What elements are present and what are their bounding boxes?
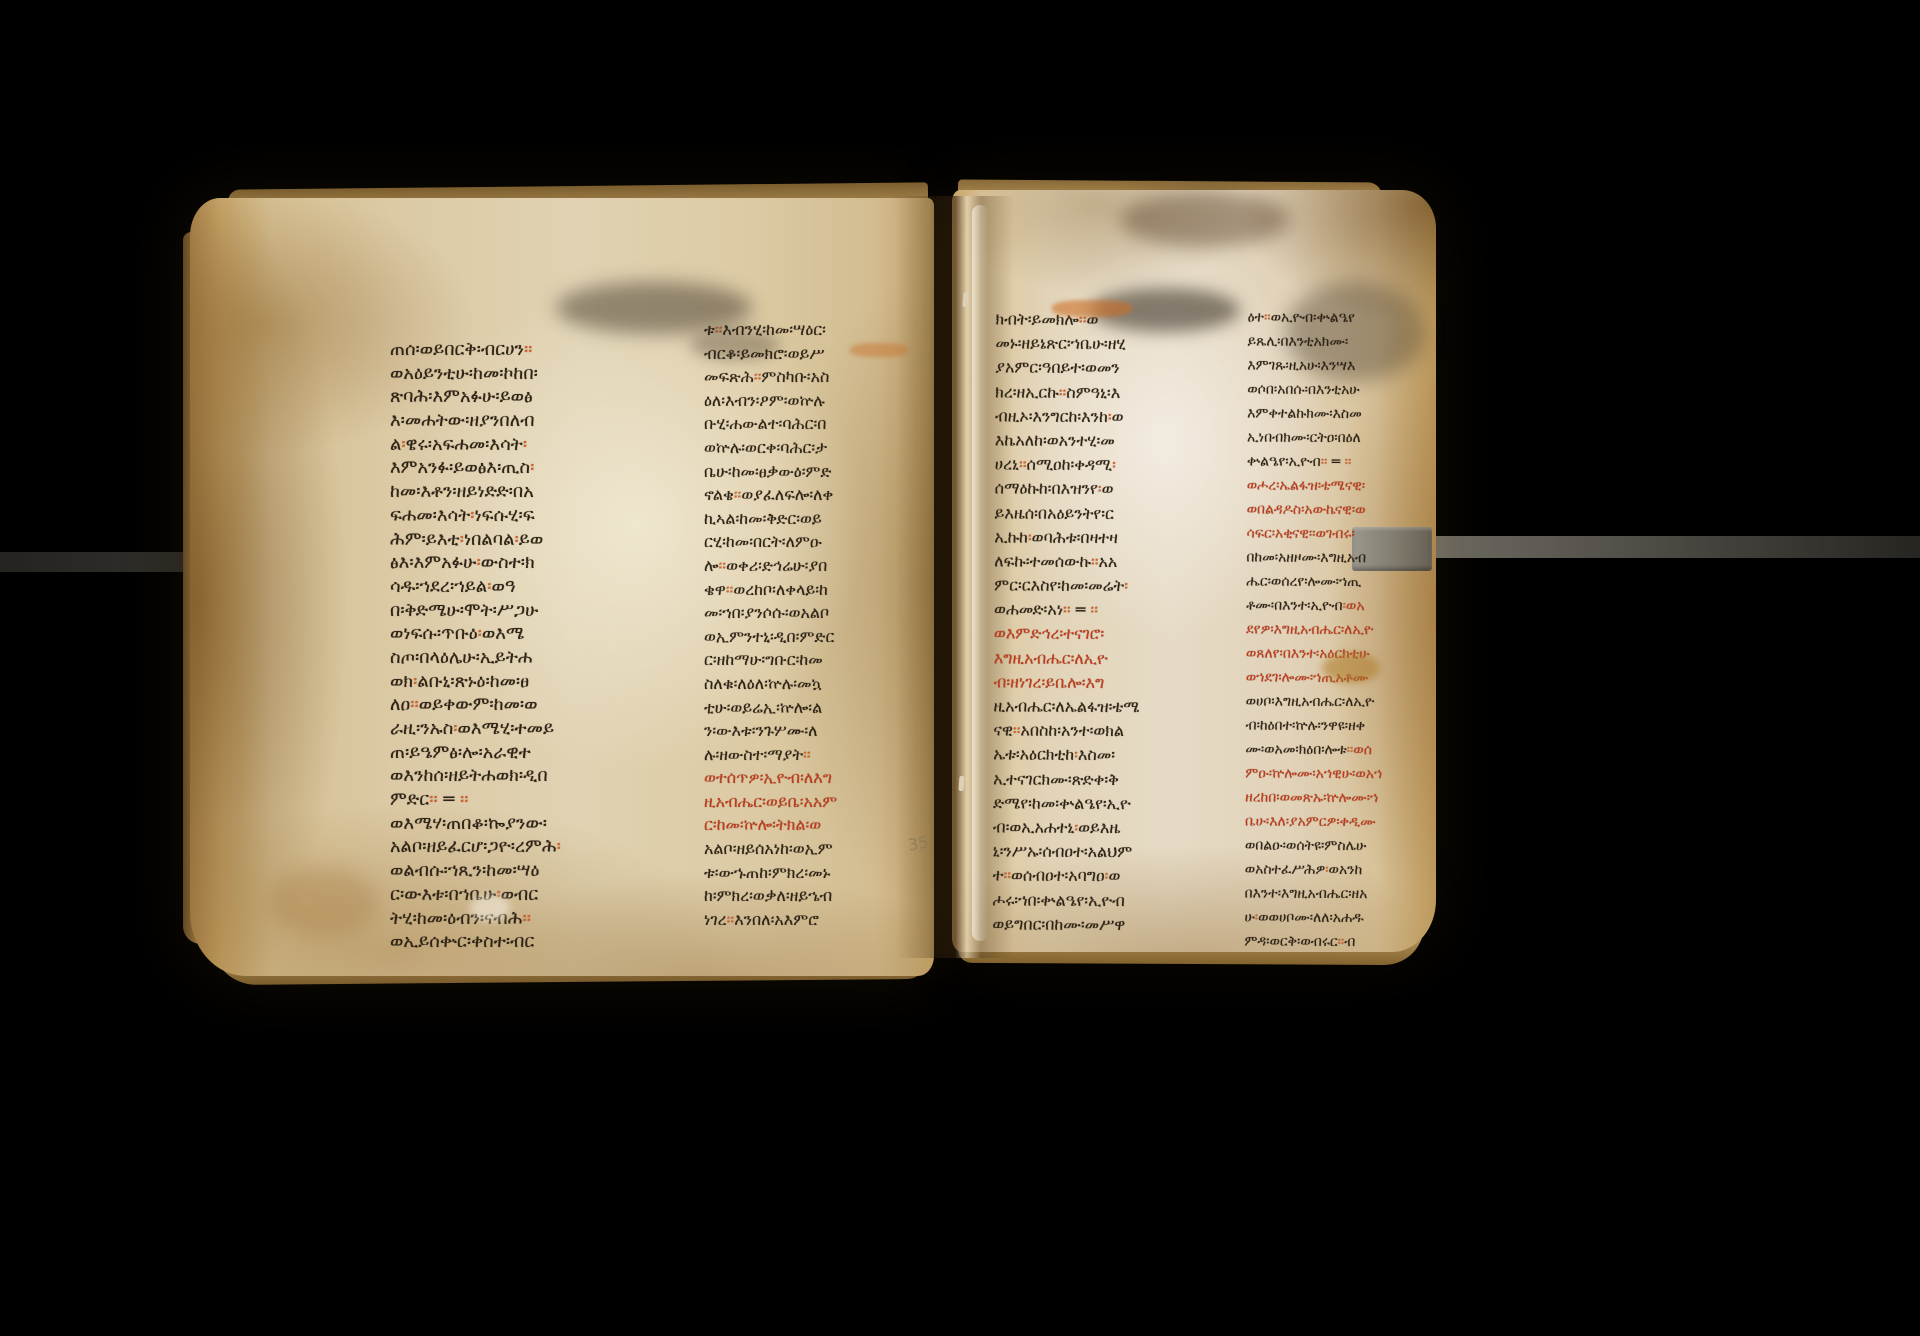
manuscript-line: ናዊ፡፡አበስከ፡አንተ፡ወክል (993, 719, 1219, 744)
manuscript-line: ኒ፡ንሥኡ፡ሰብዐተ፡አልህም (993, 840, 1219, 865)
ink-text-run: ወሀቦ፡እግዚአብሔር፡ለኢዮ (1246, 693, 1375, 710)
ink-text-run: ሰማዕኩከ፡በእዝንየ (995, 479, 1098, 499)
ink-text-run: እምገጹ፡ዚአሁ፡እንሣእ (1247, 358, 1355, 375)
manuscript-line: ሙ፡ወአመ፡ክዕበ፡ሎቱ፡፡ወሰ (1245, 737, 1437, 762)
ink-text-run: ወነፍሱ፡ጥቡዕ (390, 623, 478, 644)
manuscript-line: ተ፡፡ወሰብዐተ፡አባግዐ፡ወ (993, 864, 1219, 889)
ink-text-run: ርሂ፡ከመ፡በርት፡ለምዑ (704, 532, 822, 551)
ink-text-run: ወልብሱ፡ኀጺን፡ከመ፡ሣዕ (390, 860, 539, 881)
ink-text-run: ሕም፡ይእቲ (390, 529, 460, 550)
rubric-text-run: ወአ (1346, 598, 1365, 614)
manuscript-line: ሳዱ፡ኀደረ፡ኀይል፡ወዓ (390, 575, 666, 599)
ink-text-run: ለዐ (390, 694, 410, 715)
ink-text-run: ፍሐመ፡እሳት (390, 505, 470, 526)
rubric-text-run: ፡፡ (429, 789, 438, 810)
ink-text-run: እምቀተልኩክሙ፡እስመ (1247, 406, 1362, 423)
ink-text-run: ወይቀውም፡ከመ፡ወ (419, 694, 538, 715)
ink-text-run: አልቦ፡ዘይፈርሆ፡ጋዮ፡ረምሕ (390, 836, 557, 857)
ink-text-run: ወሶበ፡አበሱ፡በእንቲአሁ (1247, 382, 1359, 399)
rubric-text-run: ፡፡ (1079, 310, 1087, 329)
ink-text-run: ከ፡ምክረ፡ወቃለ፡ዘይኄብ (704, 886, 832, 905)
ink-text-run: ሰሚዐከ፡ቀዳሚ (1027, 455, 1113, 474)
rubric-text-run: ወእምድኅረ፡ተናገሮ፡ (994, 624, 1104, 644)
ink-text-run: ሉ፡ዘውስተ፡ማያት (704, 745, 803, 764)
ink-text-run: ል (390, 434, 401, 455)
ink-text-run: ወ (1086, 310, 1098, 329)
manuscript-line: ሖሩ፡ኀበ፡ቍልዔየ፡ኢዮብ (992, 888, 1218, 913)
ink-text-run: ምድር (390, 789, 429, 810)
manuscript-line: ወበልዑ፡ወሰትዩ፡ምስሌሁ (1245, 833, 1437, 858)
manuscript-line: ወሖረ፡ኤልፋዝ፡ቴሜናዊ፡ (1247, 473, 1439, 498)
manuscript-line: ለዐ፡፡ወይቀውም፡ከመ፡ወ (390, 693, 666, 717)
manuscript-line: ወተሰጥዎ፡ኢዮብ፡ለእግ (704, 766, 926, 790)
manuscript-line: ፍሐመ፡እሳት፡ነፍሱሂ፡ፍ (390, 504, 666, 528)
ink-text-run: ትሂ፡ከመ፡ዕብን፡ናብሕ (390, 908, 522, 929)
rubric-text-run: ወኀደገ፡ሎሙ፡ኀጢአቶሙ (1246, 669, 1369, 686)
manuscript-line: ወጸለየ፡በእንተ፡አዕርክቲሁ (1246, 641, 1438, 666)
fold-highlight (972, 205, 988, 941)
ink-text-run: ወረከቦ፡ለቀላይ፡ከ (733, 580, 828, 599)
manuscript-line: ዚአብሔር፡ወይቤ፡አአም (704, 790, 926, 814)
rubric-text-run: ፡ (523, 434, 527, 455)
ink-text-run: ዚአብሔር፡ለኤልፋዝ፡ቴሜ (994, 696, 1140, 716)
manuscript-line: ዕለ፡እብን፡ዖም፡ወኵሉ (704, 389, 926, 413)
ink-text-run: ወእንከሰ፡ዘይትሐወክ፡ዲበ (390, 765, 548, 786)
ink-text-run: ሀረኒ (995, 455, 1019, 474)
manuscript-line: በእንተ፡እግዚአብሔር፡ዘአ (1245, 881, 1437, 906)
ink-text-run: ይጼሊ፡በእንቲአክሙ፡ (1247, 334, 1348, 351)
ink-text-run: ጠሰ፡ወይበርቅ፡ብርሀን (390, 339, 524, 360)
ink-text-run: ስምዓኒ፡እ (1066, 382, 1120, 401)
ink-text-run: ቤሁ፡ከመ፡ፀቃውዕ፡ምድ (704, 462, 832, 481)
manuscript-line: ሳፍር፡አቂናዊ፡፡ወገብሩ፡ (1246, 521, 1438, 546)
manuscript-line: ይእዜሰ፡በአዕይንትየ፡ር (995, 501, 1221, 526)
rubric-text-run: ፡ (1124, 576, 1128, 595)
ink-text-run: ሙ፡ወአመ፡ክዕበ፡ሎቱ (1245, 741, 1346, 758)
ink-text-run: ወቀሪ፡ድኅሬሁ፡ያበ (726, 556, 827, 575)
manuscript-line: ቡሂ፡ሐውልተ፡ባሕር፡በ (704, 412, 926, 436)
manuscript-line: ወእምድኅረ፡ተናገሮ፡ (994, 622, 1220, 647)
manuscript-line: ክረ፡ዘኢርኩ፡፡ስምዓኒ፡እ (995, 380, 1221, 405)
ink-text-run: በከመ፡አዘዞሙ፡እግዚአብ (1246, 549, 1366, 566)
folio-number: 35 (907, 832, 930, 854)
ink-text-run: ኒ፡ንሥኡ፡ሰብዐተ፡አልህም (993, 842, 1133, 862)
ink-text-run: ምር፡ርእስየ፡ከመ፡መሬት (994, 575, 1124, 595)
manuscript-line: መኑ፡ዘይኔጽር፡ኀቤሁ፡ዘሂ (995, 332, 1221, 357)
ink-text-run: ዕለ፡እብን፡ዖም፡ወኵሉ (704, 391, 825, 410)
manuscript-line: ቍልዔየ፡ኢዮብ፡፡ ═ ፡፡ (1247, 449, 1439, 474)
manuscript-line: ወኢምንተኒ፡ዲበ፡ምድር (704, 625, 926, 649)
manuscript-line: ብዚኦ፡እንግርከ፡እንከ፡ወ (995, 404, 1221, 429)
ink-text-run: መፍጽሕ (704, 367, 754, 386)
ink-text-run: መኑ፡ዘይኔጽር፡ኀቤሁ፡ዘሂ (995, 334, 1125, 354)
manuscript-line: ቲሁ፡ወይሬኢ፡ኵሎ፡ል (704, 696, 926, 720)
manuscript-line: ል፡ዌሩ፡አፍሐመ፡እሳት፡ (390, 433, 666, 457)
ink-text-run: ያአምር፡ዓበይተ፡ወመን (995, 358, 1119, 378)
ink-text-run: ብዚኦ፡እንግርከ፡እንከ (995, 406, 1108, 426)
ink-text-run: በእንተ፡እግዚአብሔር፡ዘአ (1245, 885, 1368, 902)
ink-text-run: ስጦ፡በላዕሌሁ፡ኢይትሐ (390, 647, 532, 668)
ink-text-run: ነፍሱሂ፡ፍ (475, 505, 535, 526)
ink-text-run: ኤቱ፡አዕርክቲከ (993, 745, 1074, 764)
ink-text-run: ናዊ (993, 721, 1013, 740)
manuscript-line: ር፡ከመ፡ኵሎ፡ትክል፡ወ (704, 813, 926, 837)
manuscript-line: እምገጹ፡ዚአሁ፡እንሣእ (1247, 354, 1439, 379)
manuscript-line: ሔር፡ወሰረየ፡ሎሙ፡ኀጢ (1246, 569, 1438, 594)
manuscript-line: ወሶበ፡አበሱ፡በእንቲአሁ (1247, 378, 1439, 403)
manuscript-line: ሀረኒ፡፡ሰሚዐከ፡ቀዳሚ፡ (995, 453, 1221, 478)
ink-text-run: እንበለ፡አእምሮ (734, 910, 819, 929)
ink-text-run: ወ (1112, 407, 1124, 426)
manuscript-line: ር፡ዘከማሁ፡ግቡር፡ከመ (704, 648, 926, 672)
manuscript-line: ምዳ፡ወርቅ፡ወብሩር፡፡ብ (1244, 929, 1436, 954)
manuscript-line: ትሂ፡ከመ፡ዕብን፡ናብሕ፡፡ (390, 907, 666, 931)
rubric-text-run: ወበልዳዶስ፡አውኬናዊ፡ወ (1247, 501, 1366, 518)
rubric-text-run: ፡፡ (1090, 600, 1098, 619)
manuscript-line: ይጼሊ፡በእንቲአክሙ፡ (1247, 330, 1439, 355)
manuscript-line: ሎ፡፡ወቀሪ፡ድኅሬሁ፡ያበ (704, 554, 926, 578)
ink-text-run: ብ፡ወኢአሐተኒ (993, 817, 1075, 836)
ink-text-run: ቱ (704, 320, 715, 339)
manuscript-line: ዕተ፡፡ወኢዮብ፡ቍልዔየ (1248, 306, 1440, 331)
ink-text-run: ኢነበብክሙ፡ርትዐ፡በዕለ (1247, 430, 1361, 447)
rubric-text-run: ሳፍር፡አቂናዊ፡፡ወገብሩ፡ (1246, 525, 1354, 542)
rubric-text-run: ፡ (557, 836, 561, 857)
rubric-text-run: ወጸለየ፡በእንተ፡አዕርክቲሁ (1246, 645, 1370, 662)
ink-text-run: ጽባሕ፡እምአፉሁ፡ይወፅ (390, 386, 533, 407)
ink-text-run: ═ (1327, 454, 1344, 470)
ink-text-run: ር፡ዘከማሁ፡ግቡር፡ከመ (704, 650, 823, 669)
manuscript-line: ነገረ፡፡እንበለ፡አእምሮ (704, 908, 926, 932)
ink-text-run: ወሰብዐተ፡አባግዐ (1011, 866, 1105, 885)
ink-text-run: መ፡ኀበ፡ያንሶሱ፡ወአልቦ (704, 603, 829, 622)
manuscript-line: መፍጽሕ፡፡ምስካቡ፡አስ (704, 365, 926, 389)
manuscript-line: ሕም፡ይእቲ፡ነበልባል፡ይወ (390, 528, 666, 552)
manuscript-line: ቤሁ፡ከመ፡ፀቃውዕ፡ምድ (704, 460, 926, 484)
manuscript-line: ፅእ፡እምአፉሁ፡ውስተ፡ክ (390, 551, 666, 575)
ink-text-run: አልቦ፡ዘይሰአነከ፡ወኢም (704, 839, 833, 858)
manuscript-line: ከመ፡እቶን፡ዘይነድድ፡በአ (390, 480, 666, 504)
ink-text-run: ነበልባል (464, 529, 515, 550)
ink-text-run: ቱ፡ውኁጠከ፡ምክረ፡መኑ (704, 863, 830, 882)
ink-text-run: ከመ፡እቶን፡ዘይነድድ፡በአ (390, 481, 534, 502)
text-column-right-1: ክብት፡ይመክሎ፡፡ወመኑ፡ዘይኔጽር፡ኀቤሁ፡ዘሂያአምር፡ዓበይተ፡ወመንክ… (992, 307, 1221, 937)
manuscript-line: ቱ፡፡እብንሂ፡ከመ፡ሣዕር፡ (704, 318, 926, 342)
manuscript-line: ምር፡ርእስየ፡ከመ፡መሬት፡ (994, 573, 1220, 598)
ink-text-run: ስለቁ፡ለዕለ፡ኵሉ፡መኳ (704, 674, 822, 693)
manuscript-line: ኪኣል፡ከመ፡ቅድር፡ወይ (704, 507, 926, 531)
manuscript-line: ያአምር፡ዓበይተ፡ወመን (995, 356, 1221, 381)
ink-text-run: ር፡ውእቱ፡በኀቤሁ (390, 884, 496, 905)
ink-text-run: ፅእ፡እምአፉሁ (390, 552, 476, 573)
ink-text-run: ክረ፡ዘኢርኩ (995, 382, 1059, 401)
ink-text-run: ወኢምንተኒ፡ዲበ፡ምድር (704, 627, 834, 646)
manuscript-line: ብ፡ወኢአሐተኒ፡ወይእዜ (993, 815, 1219, 840)
ink-text-run: ይእዜሰ፡በአዕይንትየ፡ር (995, 503, 1114, 523)
ink-text-run: ወወሀቦሙ፡ለለ፡አሐዱ (1258, 910, 1364, 927)
manuscript-line: ስጦ፡በላዕሌሁ፡ኢይትሐ (390, 646, 666, 670)
ink-text-run: ክብት፡ይመክሎ (996, 309, 1079, 328)
manuscript-line: ስለቁ፡ለዕለ፡ኵሉ፡መኳ (704, 672, 926, 696)
rubric-text-run: ፡፡ (803, 745, 811, 764)
manuscript-line: ወነፍሱ፡ጥቡዕ፡ወእሜ (390, 622, 666, 646)
manuscript-line: እኬአለከ፡ወአንተሂ፡መ (995, 428, 1221, 453)
rubric-text-run: እግዚአብሔር፡ለኢዮ (994, 648, 1108, 668)
manuscript-line: ብ፡ከዕበተ፡ኵሉ፡ንዋዩ፡ዘቀ (1245, 713, 1437, 738)
ink-text-run: ኖልቄ (704, 485, 734, 504)
manuscript-line: ወአዕይንቲሁ፡ከመ፡ኮከበ፡ (390, 362, 666, 386)
ink-text-run: ወአዕይንቲሁ፡ከመ፡ኮከበ፡ (390, 363, 538, 384)
manuscript-line: ወኵሉ፡ወርቀ፡ባሕር፡ታ (704, 436, 926, 460)
rubric-text-run: ብ፡ዘነገረ፡ይቤሎ፡እግ (994, 672, 1105, 692)
ink-text-run: ወኢዮብ፡ቍልዔየ (1271, 310, 1355, 326)
manuscript-line: ወሀቦ፡እግዚአብሔር፡ለኢዮ (1246, 689, 1438, 714)
ink-text-run: ለፍኩ፡ተመሰውኩ (994, 551, 1091, 571)
manuscript-photograph: ጠሰ፡ወይበርቅ፡ብርሀን፡፡ወአዕይንቲሁ፡ከመ፡ኮከበ፡ጽባሕ፡እምአፉሁ፡… (0, 0, 1920, 1336)
manuscript-line: አልቦ፡ዘይፈርሆ፡ጋዮ፡ረምሕ፡ (390, 835, 666, 859)
manuscript-line: ብርቆ፡ይመክሮ፡ወይሥ (704, 342, 926, 366)
manuscript-line: እምቀተልኩክሙ፡እስመ (1247, 402, 1439, 427)
text-column-right-2: ዕተ፡፡ወኢዮብ፡ቍልዔየይጼሊ፡በእንቲአክሙ፡እምገጹ፡ዚአሁ፡እንሣእወሶ… (1244, 306, 1439, 955)
manuscript-line: ወእሜሃ፡ጠበቆ፡ኰያንው፡ (390, 812, 666, 836)
manuscript-line: ክብት፡ይመክሎ፡፡ወ (996, 307, 1222, 332)
manuscript-line: ኖልቄ፡፡ወያፈለፍሎ፡ለቀ (704, 483, 926, 507)
ink-text-run: እብንሂ፡ከመ፡ሣዕር፡ (722, 320, 826, 339)
rubric-text-run: ፡ (1112, 455, 1116, 474)
rubric-text-run: ወሖረ፡ኤልፋዝ፡ቴሜናዊ፡ (1247, 477, 1365, 494)
manuscript-line: ቶሙ፡በእንተ፡ኢዮብ፡ወአ (1246, 593, 1438, 618)
ink-text-run: ወባሕቱ፡በዛተዛ (1032, 527, 1118, 546)
ink-text-run: ድሜየ፡ከመ፡ቍልዔየ፡ኢዮ (993, 793, 1131, 813)
ink-text-run: ሁ (1244, 909, 1254, 925)
text-column-left-2: ቱ፡፡እብንሂ፡ከመ፡ሣዕር፡ብርቆ፡ይመክሮ፡ወይሥመፍጽሕ፡፡ምስካቡ፡አስ… (704, 318, 926, 931)
ink-text-run: ወክ (390, 671, 413, 692)
rubric-text-run: ፡ (530, 457, 534, 478)
manuscript-line: ዚአብሔር፡ለኤልፋዝ፡ቴሜ (993, 694, 1219, 719)
ink-text-run: ቲሁ፡ወይሬኢ፡ኵሎ፡ል (704, 698, 822, 717)
ink-text-run: ወኢይሰቍር፡ቀስተ፡ብር (390, 931, 534, 952)
ink-text-run: ቶሙ፡በእንተ፡ኢዮብ (1246, 597, 1343, 614)
manuscript-line: ወእንከሰ፡ዘይትሐወክ፡ዲበ (390, 764, 666, 788)
ink-text-run: ሔር፡ወሰረየ፡ሎሙ፡ኀጢ (1246, 573, 1361, 590)
ink-text-run: ወአንከ (1329, 862, 1363, 878)
rubric-text-run: ፡፡ (1345, 454, 1352, 470)
ink-text-run: ወይግበር፡በከሙ፡መሥዋ (992, 914, 1125, 934)
ink-text-run: ═ (1071, 600, 1091, 619)
rubric-text-run: ፡፡ (522, 908, 531, 929)
manuscript-line: ሰማዕኩከ፡በእዝንየ፡ወ (995, 477, 1221, 502)
ink-text-run: ወ (1102, 479, 1114, 498)
manuscript-line: እግዚአብሔር፡ለኢዮ (994, 646, 1220, 671)
manuscript-line: ሁ፡ወወሀቦሙ፡ለለ፡አሐዱ (1244, 905, 1436, 930)
ink-text-run: ነገረ (704, 910, 727, 929)
manuscript-line: ኤቱ፡አዕርክቲከ፡እስመ፡ (993, 743, 1219, 768)
ink-text-run: ወአስተፈሥሕዎ (1245, 861, 1326, 877)
rubric-text-run: ፡፡ (460, 789, 469, 810)
ink-text-run: ቡሂ፡ሐውልተ፡ባሕር፡በ (704, 414, 826, 433)
ink-text-run: አአ (1098, 552, 1117, 571)
ink-text-run: እ፡መሐትው፡ዘያንበለብ (390, 410, 535, 431)
manuscript-line: ምድር፡፡ ═ ፡፡ (390, 788, 666, 812)
ink-text-run: ልቡኒ፡ጽኑዕ፡ከመ፡ፀ (417, 671, 529, 692)
manuscript-line: በ፡ቅድሜሁ፡ሞት፡ሥጋሁ (390, 599, 666, 623)
ink-text-run: ብርቆ፡ይመክሮ፡ወይሥ (704, 344, 825, 363)
ink-text-run: ጠ፡ይዔምፅ፡ሎ፡አራዊተ (390, 742, 531, 763)
ink-text-run: ይወ (519, 529, 543, 550)
ink-text-run: ═ (438, 789, 460, 810)
text-column-left-1: ጠሰ፡ወይበርቅ፡ብርሀን፡፡ወአዕይንቲሁ፡ከመ፡ኮከበ፡ጽባሕ፡እምአፉሁ፡… (390, 338, 666, 954)
manuscript-line: ኢነበብክሙ፡ርትዐ፡በዕለ (1247, 426, 1439, 451)
manuscript-line: ወሐመድ፡አነ፡፡ ═ ፡፡ (994, 598, 1220, 623)
rubric-text-run: ወሰ (1353, 742, 1372, 758)
rubric-text-run: ፡፡ (1063, 600, 1071, 619)
ink-text-run: ተ (993, 866, 1004, 885)
ink-text-run: ሳዱ፡ኀደረ፡ኀይል (390, 576, 487, 597)
ink-text-run: እስመ፡ (1078, 745, 1115, 764)
ink-text-run: ን፡ውእቱ፡ንጉሦሙ፡ለ (704, 721, 818, 740)
manuscript-line: ቤሁ፡እለ፡ያአምርዎ፡ቀዲሙ (1245, 809, 1437, 834)
manuscript-line: ወኀደገ፡ሎሙ፡ኀጢአቶሙ (1246, 665, 1438, 690)
ink-text-run: ወበልዑ፡ወሰትዩ፡ምስሌሁ (1245, 837, 1367, 854)
manuscript-line: ወኢይሰቍር፡ቀስተ፡ብር (390, 930, 666, 954)
rubric-text-run: ዚአብሔር፡ወይቤ፡አአም (704, 792, 837, 811)
manuscript-line: ከ፡ምክረ፡ወቃለ፡ዘይኄብ (704, 884, 926, 908)
ink-text-run: ወያፈለፍሎ፡ለቀ (741, 485, 833, 504)
manuscript-line: ጠሰ፡ወይበርቅ፡ብርሀን፡፡ (390, 338, 666, 362)
manuscript-line: ወበልዳዶስ፡አውኬናዊ፡ወ (1247, 497, 1439, 522)
manuscript-line: ወአስተፈሥሕዎ፡ወአንከ (1245, 857, 1437, 882)
manuscript-line: እምአንፉ፡ይወፅእ፡ጢስ፡ (390, 456, 666, 480)
ink-text-run: ወዓ (491, 576, 515, 597)
manuscript-line: አልቦ፡ዘይሰአነከ፡ወኢም (704, 837, 926, 861)
manuscript-line: ድሜየ፡ከመ፡ቍልዔየ፡ኢዮ (993, 791, 1219, 816)
manuscript-line: ወክ፡ልቡኒ፡ጽኑዕ፡ከመ፡ፀ (390, 670, 666, 694)
ink-text-run: ምዳ፡ወርቅ፡ወብሩር (1244, 933, 1337, 949)
ink-text-run: ብ (1344, 934, 1355, 950)
manuscript-line: ኢተናገርክሙ፡ጽድቀ፡ቅ (993, 767, 1219, 792)
ink-text-run: ዕተ (1248, 310, 1264, 326)
ink-text-run: ወእሜሃ፡ጠበቆ፡ኰያንው፡ (390, 813, 547, 834)
manuscript-line: ር፡ውእቱ፡በኀቤሁ፡ወብር (390, 883, 666, 907)
manuscript-line: ደየዎ፡እግዚአብሔር፡ለኢዮ (1246, 617, 1438, 642)
manuscript-line: ጠ፡ይዔምፅ፡ሎ፡አራዊተ (390, 741, 666, 765)
manuscript-line: በከመ፡አዘዞሙ፡እግዚአብ (1246, 545, 1438, 570)
ink-text-run: ኢኩከ (994, 527, 1028, 546)
rubric-text-run: ፡፡ (1019, 455, 1027, 474)
manuscript-line: ርሂ፡ከመ፡በርት፡ለምዑ (704, 530, 926, 554)
rubric-text-run: ምዑ፡ኵሎሙ፡አኀዊሁ፡ወአኀ (1245, 765, 1382, 782)
manuscript-line: ኢኩከ፡ወባሕቱ፡በዛተዛ (994, 525, 1220, 550)
rubric-text-run: ፡፡ (719, 556, 727, 575)
ink-text-run: ወእሜ (482, 623, 524, 644)
manuscript-line: ቄዋ፡፡ወረከቦ፡ለቀላይ፡ከ (704, 578, 926, 602)
ink-text-run: እኬአለከ፡ወአንተሂ፡መ (995, 430, 1115, 450)
rubric-text-run: ፡፡ (524, 339, 533, 360)
manuscript-line: ምዑ፡ኵሎሙ፡አኀዊሁ፡ወአኀ (1245, 761, 1437, 786)
ink-text-run: ዌሩ፡አፍሐመ፡እሳት (406, 434, 523, 455)
manuscript-line: ዘረከበ፡ወመጽኡ፡ኵሎሙ፡ኀ (1245, 785, 1437, 810)
rubric-text-run: ፡፡ (1013, 721, 1021, 740)
rubric-text-run: ፡፡ (410, 694, 419, 715)
rubric-text-run: ወተሰጥዎ፡ኢዮብ፡ለእግ (704, 768, 832, 787)
ink-text-run: ምስካቡ፡አስ (761, 367, 829, 386)
ink-text-run: ኪኣል፡ከመ፡ቅድር፡ወይ (704, 509, 822, 528)
manuscript-line: ለፍኩ፡ተመሰውኩ፡፡አአ (994, 549, 1220, 574)
manuscript-line: ጽባሕ፡እምአፉሁ፡ይወፅ (390, 385, 666, 409)
ink-text-run: ቄዋ (704, 580, 726, 599)
ink-text-run: ወብር (501, 884, 539, 905)
ink-text-run: ውስተ፡ክ (481, 552, 535, 573)
binding-stitch-bottom (958, 776, 964, 791)
ink-text-run: ወሐመድ፡አነ (994, 600, 1063, 619)
manuscript-line: ን፡ውእቱ፡ንጉሦሙ፡ለ (704, 719, 926, 743)
manuscript-line: ራዚ፡ንኡስ፡ወእሜሂ፡ተመይ (390, 717, 666, 741)
manuscript-line: ቱ፡ውኁጠከ፡ምክረ፡መኑ (704, 861, 926, 885)
rubric-text-run: ር፡ከመ፡ኵሎ፡ትክል፡ወ (704, 815, 821, 834)
manuscript-line: ወይግበር፡በከሙ፡መሥዋ (992, 912, 1218, 937)
ink-text-run: ራዚ፡ንኡስ (390, 718, 453, 739)
rubric-text-run: ዘረከበ፡ወመጽኡ፡ኵሎሙ፡ኀ (1245, 789, 1378, 806)
ink-text-run: ወይእዜ (1078, 818, 1120, 837)
manuscript-line: ወልብሱ፡ኀጺን፡ከመ፡ሣዕ (390, 859, 666, 883)
ink-text-run: ቍልዔየ፡ኢዮብ (1247, 453, 1321, 469)
manuscript-line: እ፡መሐትው፡ዘያንበለብ (390, 409, 666, 433)
ink-text-run: ሖሩ፡ኀበ፡ቍልዔየ፡ኢዮብ (992, 890, 1124, 910)
ink-text-run: ብ፡ከዕበተ፡ኵሉ፡ንዋዩ፡ዘቀ (1245, 717, 1365, 734)
manuscript-line: መ፡ኀበ፡ያንሶሱ፡ወአልቦ (704, 601, 926, 625)
ink-text-run: ወኵሉ፡ወርቀ፡ባሕር፡ታ (704, 438, 827, 457)
ink-text-run: ወእሜሂ፡ተመይ (458, 718, 555, 739)
ink-text-run: አበስከ፡አንተ፡ወክል (1020, 721, 1124, 741)
rubric-text-run: ቤሁ፡እለ፡ያአምርዎ፡ቀዲሙ (1245, 813, 1376, 830)
ink-text-run: በ፡ቅድሜሁ፡ሞት፡ሥጋሁ (390, 600, 538, 621)
ink-text-run: ሎ (704, 556, 719, 575)
ink-text-run: ወ (1108, 866, 1120, 885)
rubric-text-run: ደየዎ፡እግዚአብሔር፡ለኢዮ (1246, 621, 1373, 638)
manuscript-line: ሉ፡ዘውስተ፡ማያት፡፡ (704, 743, 926, 767)
ink-text-run: ኢተናገርክሙ፡ጽድቀ፡ቅ (993, 769, 1119, 789)
manuscript-line: ብ፡ዘነገረ፡ይቤሎ፡እግ (994, 670, 1220, 695)
ink-text-run: እምአንፉ፡ይወፅእ፡ጢስ (390, 457, 530, 478)
